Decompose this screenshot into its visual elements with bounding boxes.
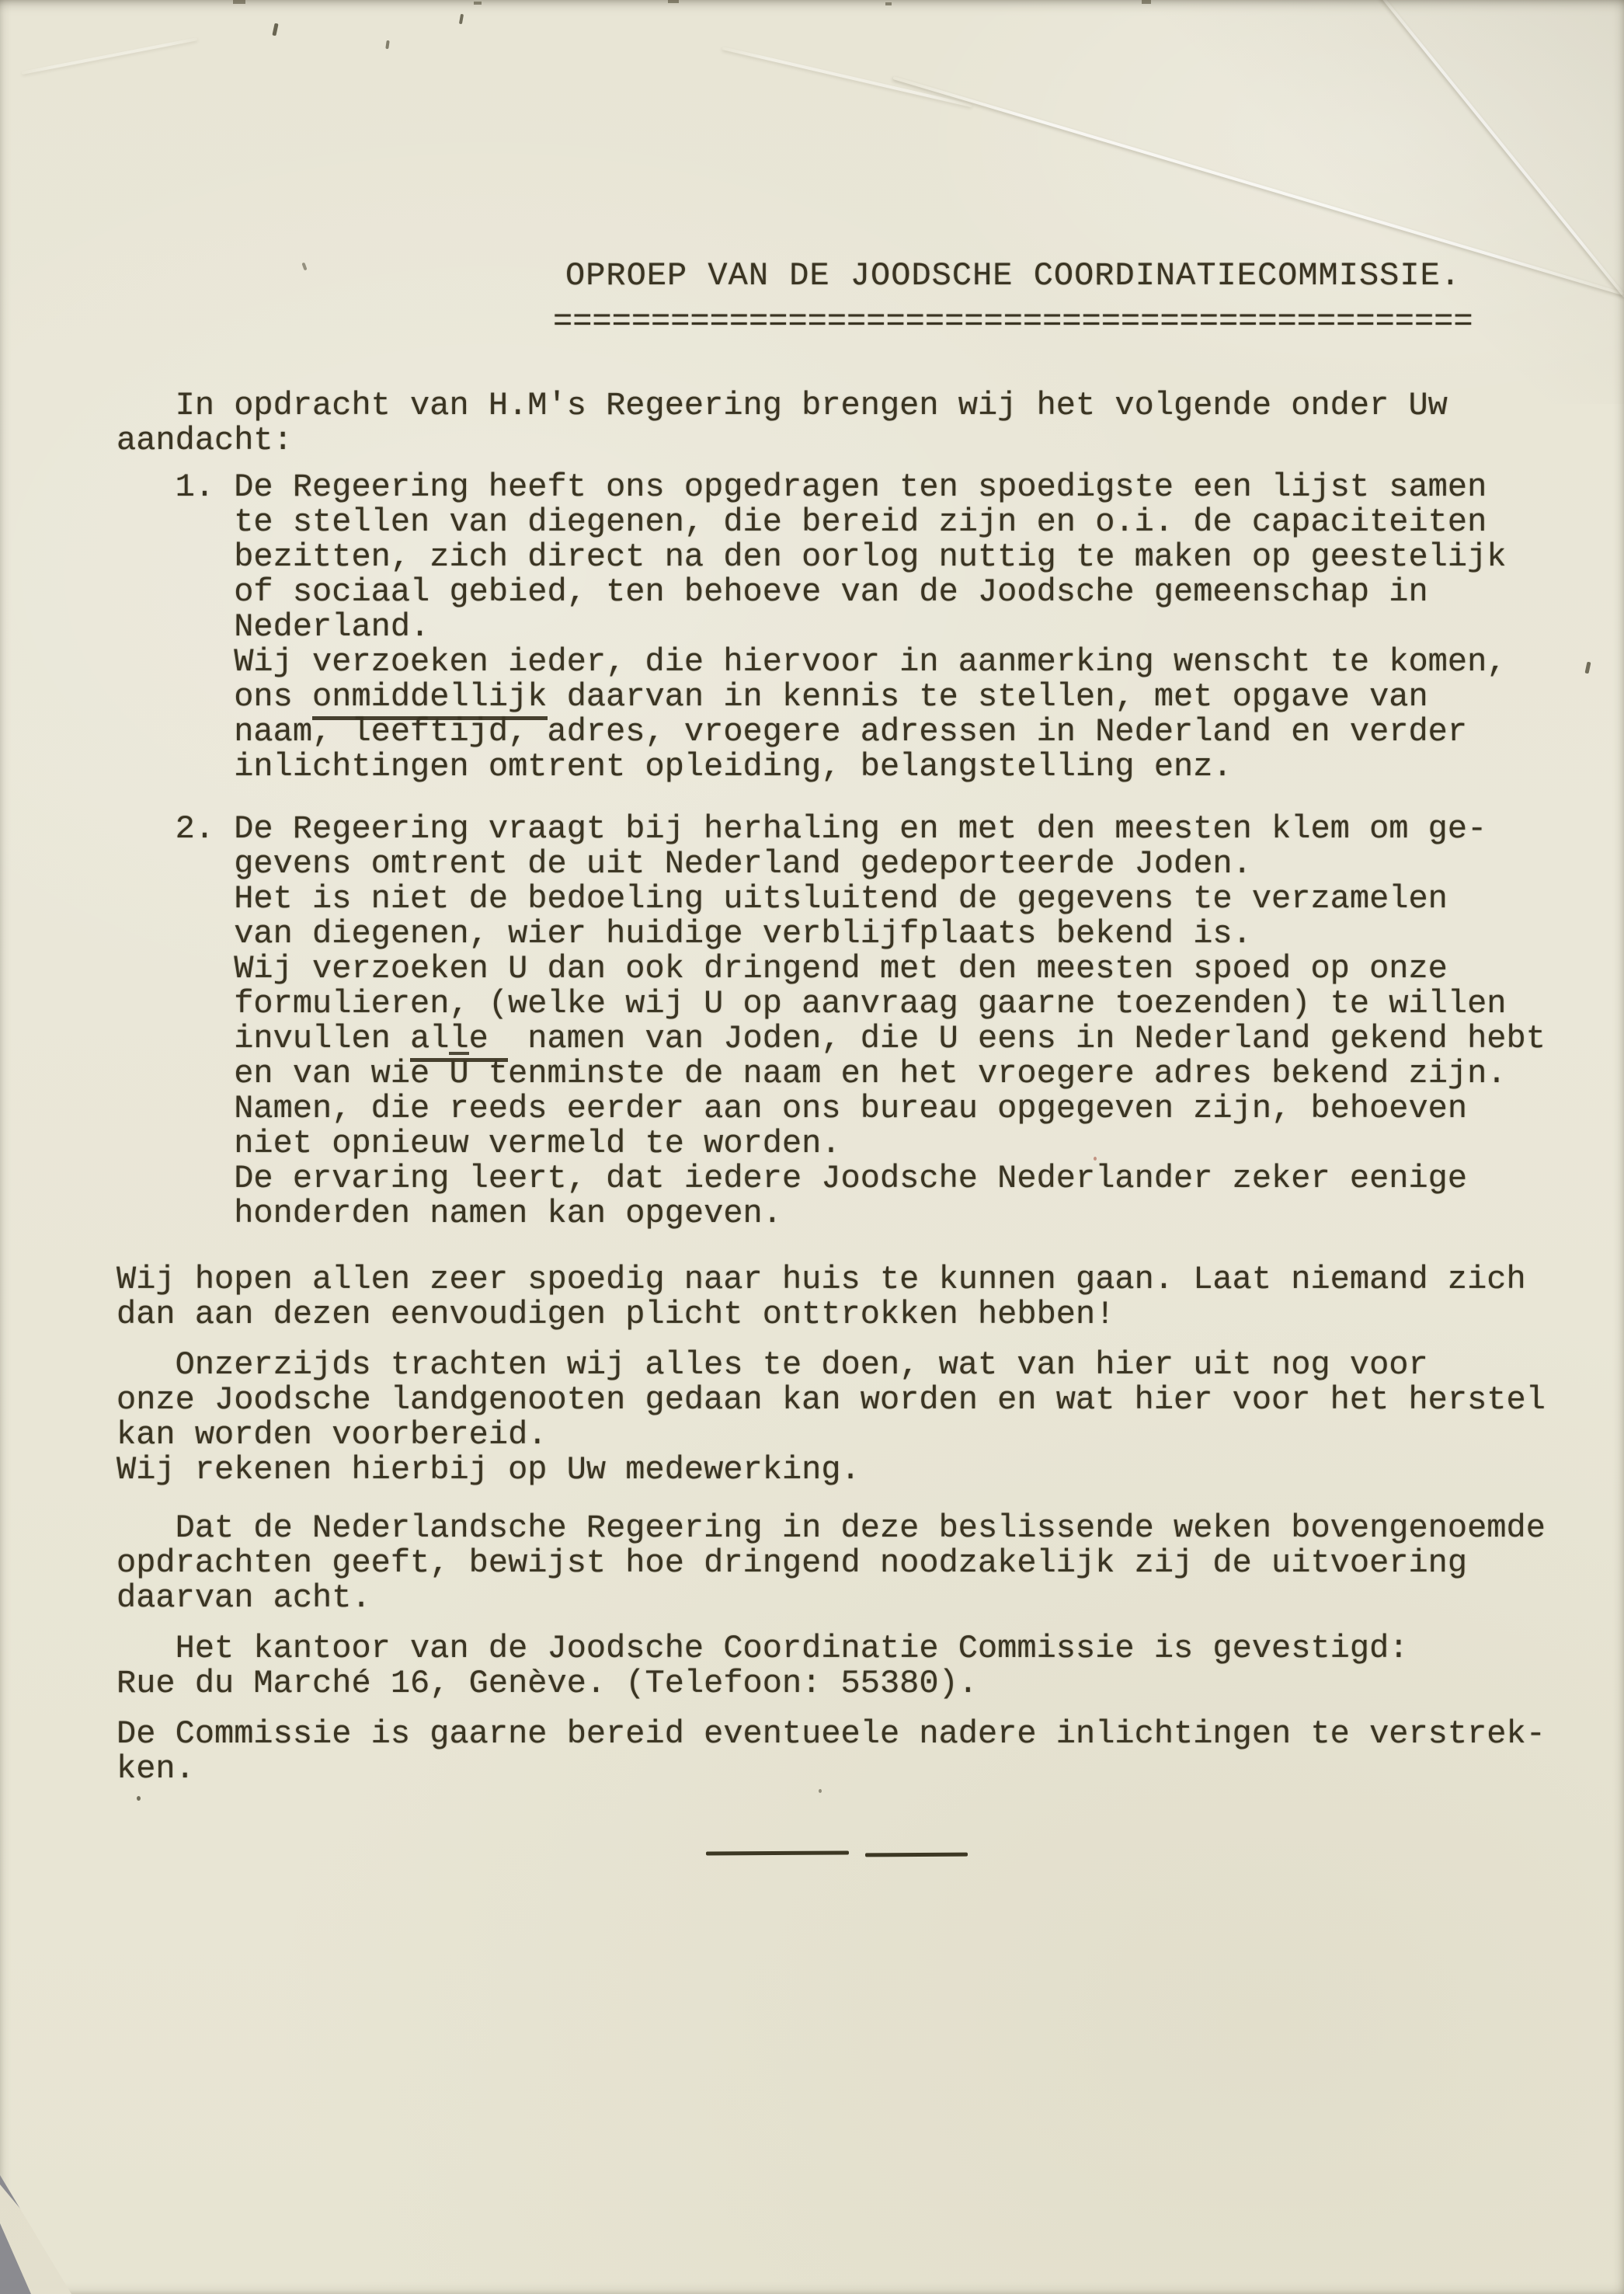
text-segment: opdrachten geeft, bewijst hoe dringend n… [116, 1544, 1467, 1582]
paragraph-block-appeal: Wij hopen allen zeer spoedig naar huis t… [116, 1262, 1526, 1332]
text-segment: formulieren, (welke wij U op aanvraag ga… [116, 985, 1507, 1022]
text-segment: honderden namen kan opgeven. [116, 1195, 782, 1232]
text-segment: kan worden voorbereid. [116, 1416, 548, 1453]
text-line: invullen alle namen van Joden, die U een… [116, 1022, 1546, 1056]
text-line: daarvan acht. [116, 1581, 1546, 1616]
text-segment: invullen [116, 1020, 410, 1057]
text-line: Het is niet de bedoeling uitsluitend de … [116, 882, 1546, 917]
text-line: Wij verzoeken U dan ook dringend met den… [116, 952, 1546, 987]
text-line: Het kantoor van de Joodsche Coordinatie … [116, 1631, 1408, 1666]
text-segment: Namen, die reeds eerder aan ons bureau o… [116, 1090, 1467, 1127]
text-line: De Commissie is gaarne bereid eventueele… [116, 1717, 1546, 1752]
paragraph-block-intro: In opdracht van H.M's Regeering brengen … [116, 388, 1448, 458]
text-segment: daarvan acht. [116, 1579, 371, 1617]
text-segment: Wij verzoeken U dan ook dringend met den… [116, 950, 1448, 987]
text-segment: Nederland. [116, 608, 429, 646]
text-line: onze Joodsche landgenooten gedaan kan wo… [116, 1383, 1546, 1418]
text-line: ons onmiddellijk daarvan in kennis te st… [116, 680, 1507, 715]
text-line: 2. De Regeering vraagt bij herhaling en … [116, 812, 1546, 847]
text-line: Wij verzoeken ieder, die hiervoor in aan… [116, 645, 1507, 680]
text-segment: De ervaring leert, dat iedere Joodsche N… [116, 1160, 1467, 1197]
text-segment: niet opnieuw vermeld te worden. [116, 1125, 841, 1162]
text-line: Onzerzijds trachten wij alles te doen, w… [116, 1348, 1546, 1383]
text-segment: gevens omtrent de uit Nederland gedeport… [116, 845, 1252, 882]
text-segment: Wij rekenen hierbij op Uw medewerking. [116, 1451, 861, 1488]
document-title: OPROEP VAN DE JOODSCHE COORDINATIECOMMIS… [565, 259, 1461, 294]
text-line: of sociaal gebied, ten behoeve van de Jo… [116, 575, 1507, 610]
text-line: De ervaring leert, dat iedere Joodsche N… [116, 1161, 1546, 1196]
text-line: niet opnieuw vermeld te worden. [116, 1126, 1546, 1161]
text-segment: De Commissie is gaarne bereid eventueele… [116, 1715, 1546, 1753]
text-segment: 2. De Regeering vraagt bij herhaling en … [116, 810, 1487, 848]
text-segment: Het kantoor van de Joodsche Coordinatie … [116, 1630, 1408, 1667]
text-segment: Het is niet de bedoeling uitsluitend de … [116, 880, 1448, 917]
paragraph-block-urgency: Dat de Nederlandsche Regeering in deze b… [116, 1511, 1546, 1616]
text-segment: tenminste de naam en het vroegere adres … [469, 1055, 1507, 1092]
text-segment: onze Joodsche landgenooten gedaan kan wo… [116, 1381, 1546, 1419]
closing-divider-line [865, 1853, 968, 1857]
text-line: In opdracht van H.M's Regeering brengen … [116, 388, 1448, 423]
text-segment: Dat de Nederlandsche Regeering in deze b… [116, 1509, 1546, 1547]
text-line: aandacht: [116, 423, 1448, 458]
text-segment: inlichtingen omtrent opleiding, belangst… [116, 748, 1233, 785]
overlined-word: U [449, 1052, 468, 1092]
text-segment: Wij verzoeken ieder, die hiervoor in aan… [116, 643, 1507, 681]
text-segment: te stellen van diegenen, die bereid zijn… [116, 503, 1487, 541]
text-line: formulieren, (welke wij U op aanvraag ga… [116, 987, 1546, 1022]
text-segment: Rue du Marché 16, Genève. (Telefoon: 553… [116, 1665, 978, 1702]
scan-background: OPROEP VAN DE JOODSCHE COORDINATIECOMMIS… [0, 0, 1624, 2294]
paragraph-block-closing: De Commissie is gaarne bereid eventueele… [116, 1717, 1546, 1787]
text-line: gevens omtrent de uit Nederland gedeport… [116, 847, 1546, 882]
text-line: dan aan dezen eenvoudigen plicht onttrok… [116, 1297, 1526, 1332]
text-segment: bezitten, zich direct na den oorlog nutt… [116, 538, 1507, 576]
text-line: te stellen van diegenen, die bereid zijn… [116, 505, 1507, 540]
text-segment: dan aan dezen eenvoudigen plicht onttrok… [116, 1296, 1115, 1333]
text-line: en van wie U tenminste de naam en het vr… [116, 1056, 1546, 1091]
text-segment: van diegenen, wier huidige verblijfplaat… [116, 915, 1252, 952]
text-line: 1. De Regeering heeft ons opgedragen ten… [116, 470, 1507, 505]
text-line: ken. [116, 1752, 1546, 1787]
text-segment: en van wie [116, 1055, 449, 1092]
text-segment: naam, leeftijd, adres, vroegere adressen… [116, 713, 1467, 750]
text-segment: 1. De Regeering heeft ons opgedragen ten… [116, 468, 1487, 506]
text-line: Rue du Marché 16, Genève. (Telefoon: 553… [116, 1666, 1408, 1701]
closing-divider-line [706, 1851, 849, 1856]
text-segment: ons [116, 678, 312, 715]
text-line: Namen, die reeds eerder aan ons bureau o… [116, 1091, 1546, 1126]
paragraph-block-item-1: 1. De Regeering heeft ons opgedragen ten… [116, 470, 1507, 785]
text-line: kan worden voorbereid. [116, 1418, 1546, 1453]
paragraph-block-our-side: Onzerzijds trachten wij alles te doen, w… [116, 1348, 1546, 1488]
title-underline: ========================================… [553, 305, 1473, 339]
text-segment: Wij hopen allen zeer spoedig naar huis t… [116, 1261, 1526, 1298]
text-segment: aandacht: [116, 422, 293, 459]
text-line: honderden namen kan opgeven. [116, 1196, 1546, 1231]
text-segment: In opdracht van H.M's Regeering brengen … [116, 387, 1448, 424]
text-line: van diegenen, wier huidige verblijfplaat… [116, 917, 1546, 952]
typewritten-text-layer: OPROEP VAN DE JOODSCHE COORDINATIECOMMIS… [0, 0, 1624, 2294]
text-line: Dat de Nederlandsche Regeering in deze b… [116, 1511, 1546, 1546]
text-line: opdrachten geeft, bewijst hoe dringend n… [116, 1546, 1546, 1581]
text-line: bezitten, zich direct na den oorlog nutt… [116, 540, 1507, 575]
text-line: inlichtingen omtrent opleiding, belangst… [116, 750, 1507, 785]
text-segment: namen van Joden, die U eens in Nederland… [508, 1020, 1546, 1057]
text-line: naam, leeftijd, adres, vroegere adressen… [116, 715, 1507, 750]
text-line: Wij hopen allen zeer spoedig naar huis t… [116, 1262, 1526, 1297]
paragraph-block-office: Het kantoor van de Joodsche Coordinatie … [116, 1631, 1408, 1701]
text-line: Wij rekenen hierbij op Uw medewerking. [116, 1453, 1546, 1488]
paragraph-block-item-2: 2. De Regeering vraagt bij herhaling en … [116, 812, 1546, 1231]
text-segment: ken. [116, 1750, 195, 1788]
text-line: Nederland. [116, 610, 1507, 645]
text-segment: of sociaal gebied, ten behoeve van de Jo… [116, 573, 1428, 611]
text-segment: Onzerzijds trachten wij alles te doen, w… [116, 1346, 1428, 1384]
text-segment: daarvan in kennis te stellen, met opgave… [548, 678, 1428, 715]
